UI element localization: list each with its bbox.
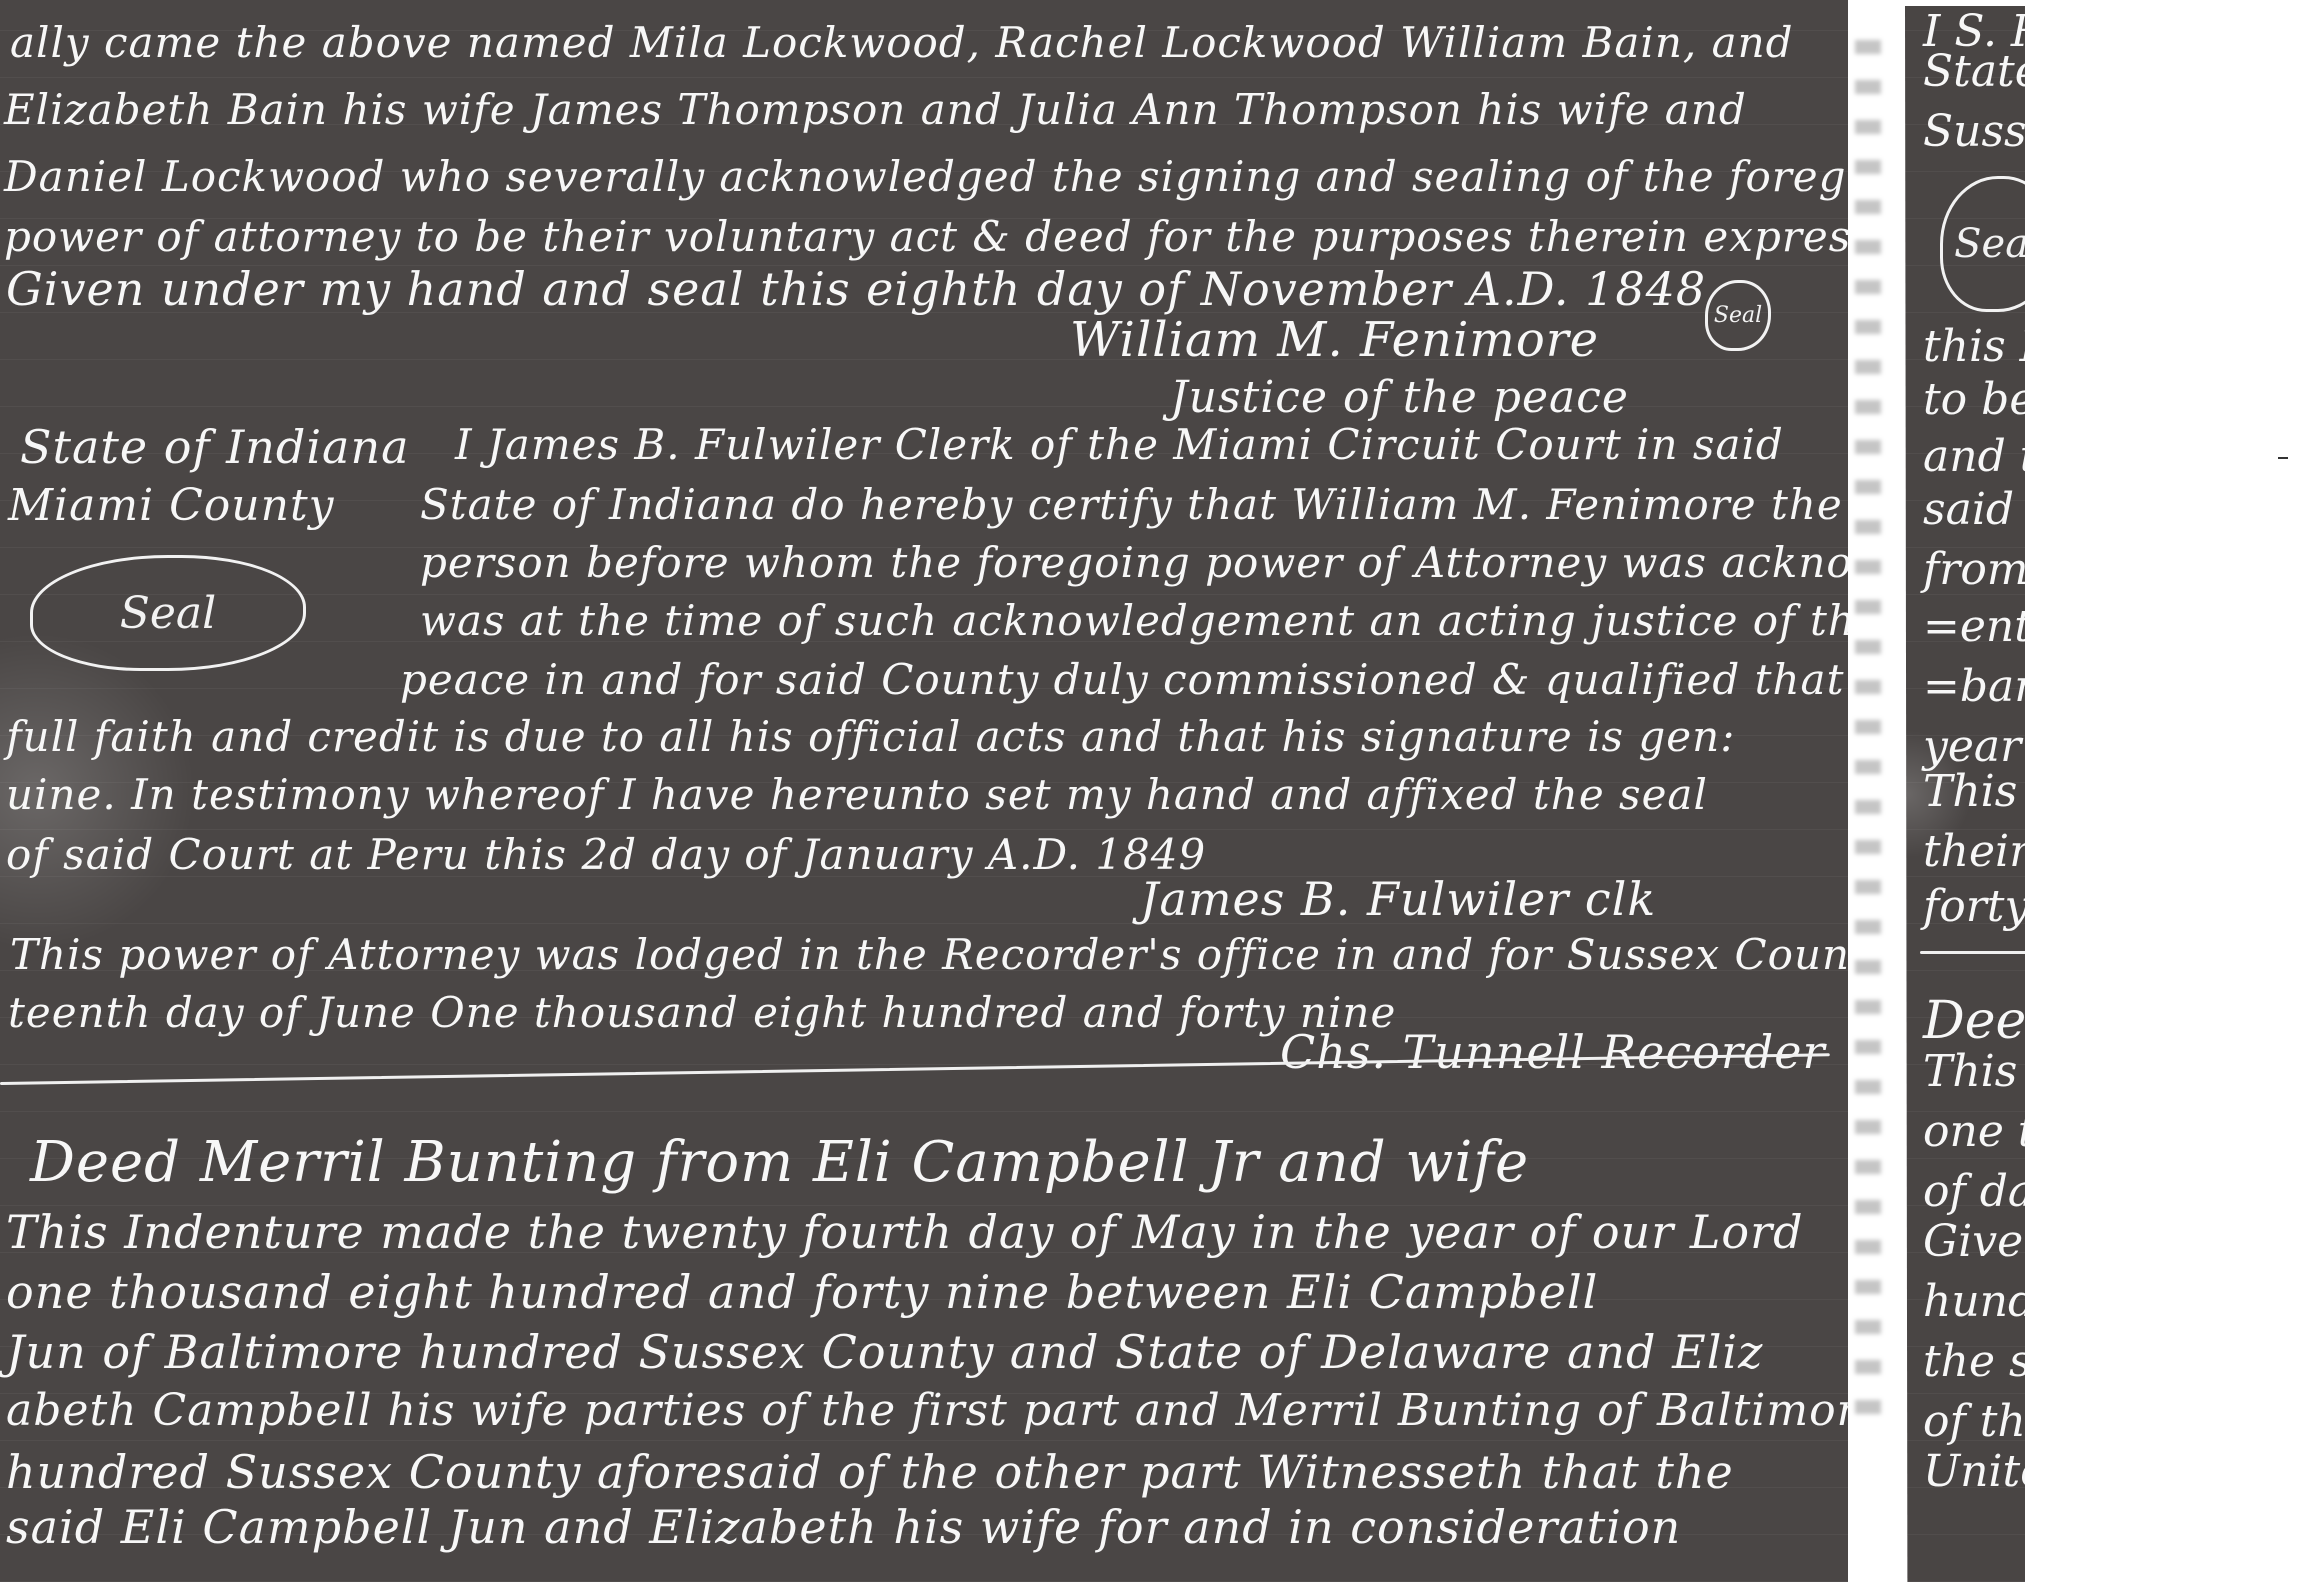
deed-line: hundred Sussex County aforesaid of the o… <box>6 1445 1734 1499</box>
text-line: Daniel Lockwood who severally acknowledg… <box>4 152 1848 201</box>
deed-line: said Eli Campbell Jun and Elizabeth his … <box>6 1500 1681 1554</box>
text-line: power of attorney to be their voluntary … <box>4 212 1848 261</box>
certificate-line: peace in and for said County duly commis… <box>400 655 1844 704</box>
text-line: This I <box>1923 1046 2025 1097</box>
text-line: and th <box>1923 431 2025 482</box>
certificate-line: of said Court at Peru this 2d day of Jan… <box>6 830 1206 879</box>
signature-fulwiler: James B. Fulwiler clk <box>1140 872 1656 926</box>
recording-line: teenth day of June One thousand eight hu… <box>8 988 1396 1037</box>
seal-clerk: Seal <box>30 555 306 671</box>
certificate-line: I James B. Fulwiler Clerk of the Miami C… <box>455 420 1784 469</box>
seal-label: Seal <box>120 588 217 639</box>
text-line: Sussex <box>1923 106 2025 157</box>
title-justice: Justice of the peace <box>1170 372 1629 423</box>
text-line: State <box>1923 46 2025 97</box>
text-line: =entu <box>1923 601 2025 652</box>
text-line: Elizabeth Bain his wife James Thompson a… <box>4 85 1747 134</box>
text-line: Deed <box>1923 991 2025 1051</box>
scan-mark <box>2278 457 2288 459</box>
right-page: I S. R. State Sussex Seal this In to be … <box>1905 6 2025 1582</box>
text-line: of day <box>1923 1166 2025 1217</box>
seal-label: Seal <box>1714 303 1762 328</box>
certificate-line: State of Indiana do hereby certify that … <box>420 480 1843 529</box>
section-divider <box>1920 951 2025 954</box>
certificate-line: was at the time of such acknowledgement … <box>420 596 1848 645</box>
text-line: This d <box>1923 766 2025 817</box>
text-line: said <box>1923 484 2014 535</box>
certificate-line: full faith and credit is due to all his … <box>6 712 1735 761</box>
signature-fenimore: William M. Fenimore <box>1070 312 1599 368</box>
text-line: of the <box>1923 1396 2025 1447</box>
text-line: this In <box>1923 321 2025 372</box>
seal-right: Seal <box>1940 176 2025 312</box>
certificate-line: uine. In testimony whereof I have hereun… <box>6 770 1708 819</box>
text-line: United <box>1923 1446 2025 1497</box>
text-line: Given <box>1923 1216 2025 1267</box>
deed-line: This Indenture made the twenty fourth da… <box>6 1205 1804 1259</box>
text-line: year a <box>1923 721 2025 772</box>
deed-line: one thousand eight hundred and forty nin… <box>6 1265 1598 1319</box>
text-line: ally came the above named Mila Lockwood,… <box>10 18 1794 67</box>
scan-smudge <box>1855 40 1881 1420</box>
text-line: forty <box>1923 881 2025 932</box>
text-line: hund <box>1923 1276 2025 1327</box>
text-line: =band <box>1923 661 2025 712</box>
text-line: Given under my hand and seal this eighth… <box>6 262 1706 316</box>
recording-line: This power of Attorney was lodged in the… <box>10 930 1848 979</box>
left-page: ally came the above named Mila Lockwood,… <box>0 0 1848 1582</box>
deed-line: abeth Campbell his wife parties of the f… <box>6 1385 1848 1436</box>
text-line: one th <box>1923 1106 2025 1157</box>
deed-heading: Deed Merril Bunting from Eli Campbell Jr… <box>30 1130 1529 1195</box>
text-line: their <box>1923 826 2025 877</box>
text-line: the sa <box>1923 1336 2025 1387</box>
certificate-caption-state: State of Indiana <box>20 420 410 474</box>
certificate-line: person before whom the foregoing power o… <box>420 538 1848 587</box>
seal-fenimore: Seal <box>1705 280 1771 351</box>
signature-tunnell: Chs. Tunnell Recorder <box>1280 1025 1825 1079</box>
text-line: from <box>1923 544 2025 595</box>
seal-label: Seal <box>1954 221 2025 267</box>
text-line: to be th <box>1923 374 2025 425</box>
deed-line: Jun of Baltimore hundred Sussex County a… <box>6 1325 1763 1379</box>
certificate-caption-county: Miami County <box>8 480 335 531</box>
